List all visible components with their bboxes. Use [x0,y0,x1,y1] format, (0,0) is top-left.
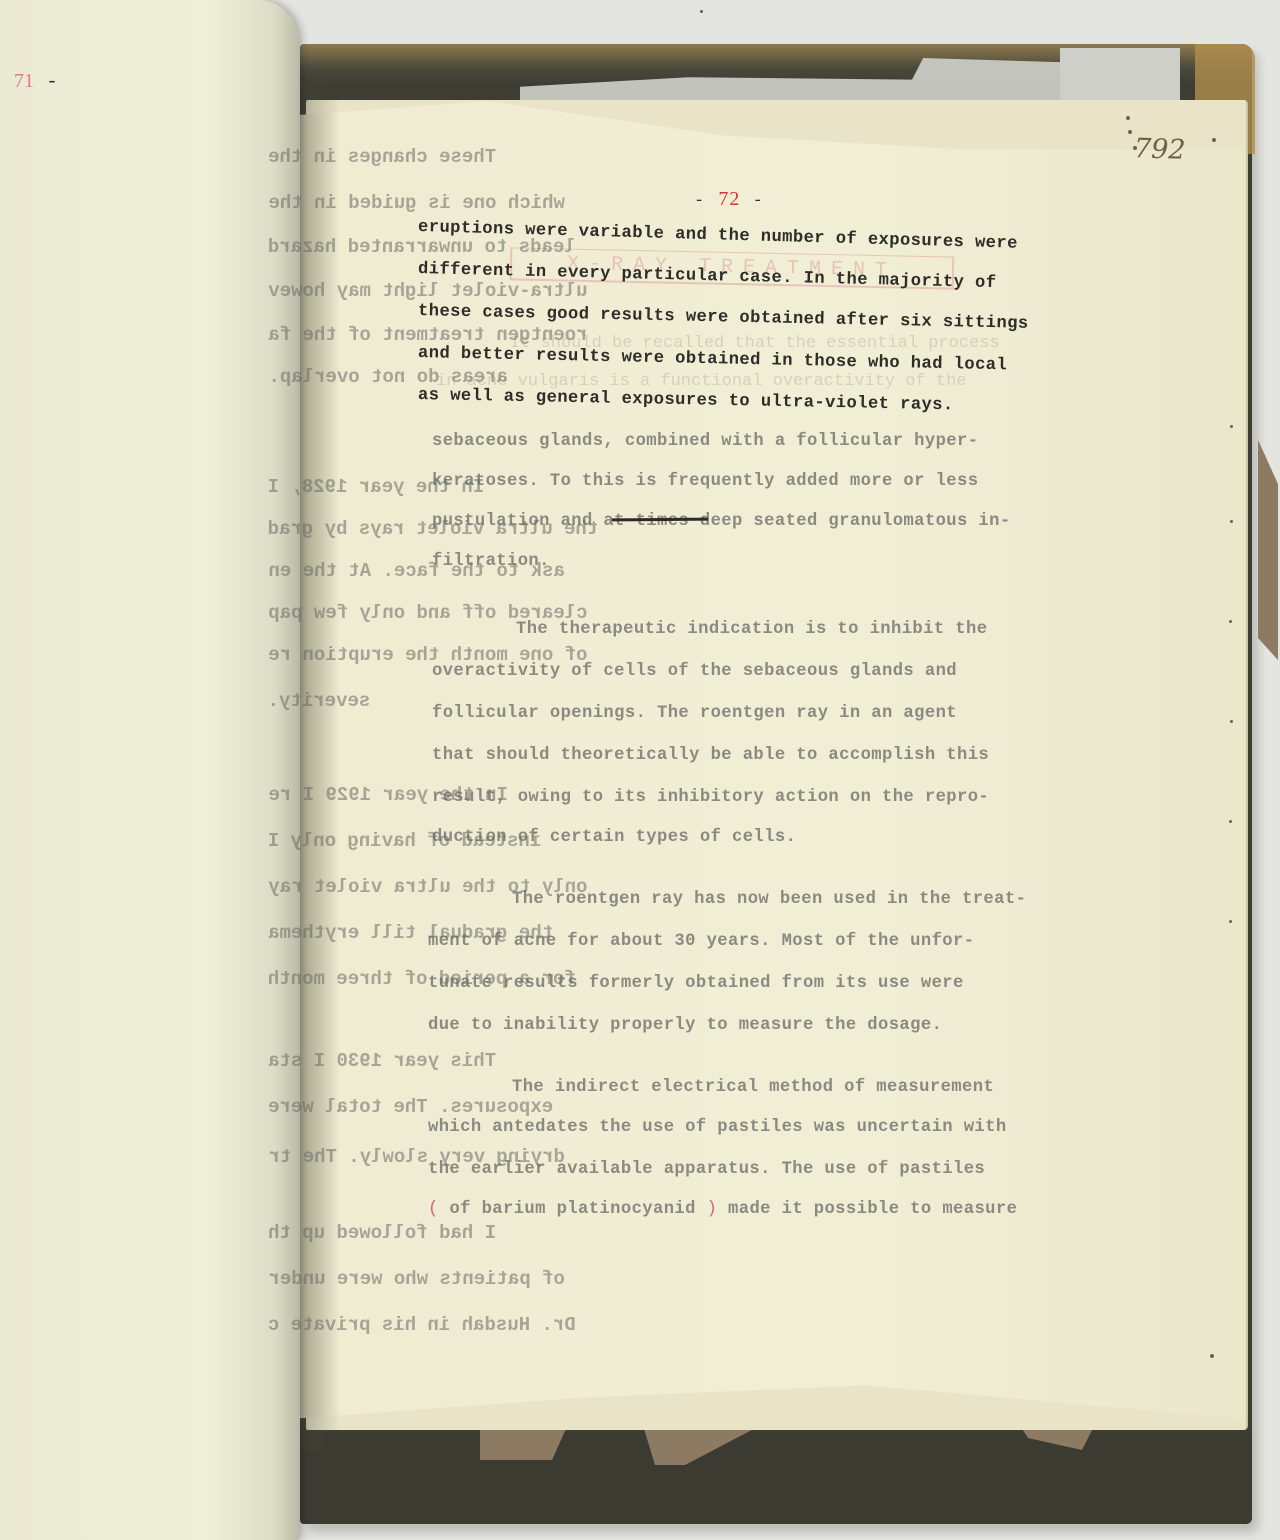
text-fragment: made it possible to measure [728,1200,1017,1219]
text-line-with-parentheses: ( of barium platinocyanid ) made it poss… [428,1200,1017,1219]
mirrored-text-line: severity. [268,690,371,712]
red-paren-close: ) [707,1200,718,1219]
cover-bottom-edge [300,1432,1252,1524]
mirrored-text-line: These changes in the [268,146,496,168]
punch-hole [1212,138,1216,142]
text-line: The roentgen ray has now been used in th… [512,890,1026,909]
page-number-value: 72 [718,188,740,210]
text-line: which antedates the use of pastiles was … [428,1118,1007,1137]
cover-tape [1060,48,1180,108]
left-page: 71 - These changes in the which one is g… [0,0,298,1540]
punch-hole [1128,130,1132,134]
red-paren-open: ( [428,1200,439,1219]
mirrored-text-line: for a period of three month [268,968,576,990]
mirrored-text-line: This year 1930 I sta [268,1050,496,1072]
mirrored-text-line: ask to the face. At the en [268,560,564,582]
mirrored-text-line: the ultra violet rays by grad [268,518,599,540]
torn-paper-fragment [1258,440,1278,660]
left-page-number: 71 - [14,70,58,94]
page-number-prefix: - [694,192,706,211]
text-line: result, owing to its inhibitory action o… [432,788,989,807]
page-number-suffix: - [753,192,765,211]
left-page-number-suffix: - [46,71,58,94]
mirrored-text-line: ultra-violet light may howev [268,280,587,302]
text-line: keratoses. To this is frequently added m… [432,472,978,491]
left-page-number-value: 71 [14,70,34,92]
punch-hole [1229,820,1232,823]
page-number: - 72 - [694,188,765,211]
punch-hole [1126,116,1130,120]
mirrored-text-line: I had followed up th [268,1222,496,1244]
mirrored-text-line: leads to unwarranted hazard [268,236,576,258]
mirrored-text-line: Dr. Husdah in his private c [268,1314,576,1336]
punch-hole [1229,620,1232,623]
mirrored-text-line: areas do not overlap. [268,366,507,388]
text-line: due to inability properly to measure the… [428,1016,942,1035]
punch-hole [1229,920,1232,923]
mirrored-text-line: In the year 1929 I re [268,784,507,806]
mirrored-text-line: drying very slowly. The tr [268,1146,564,1168]
mirrored-text-line: the gradual till erythema [268,922,553,944]
text-line: The indirect electrical method of measur… [512,1078,994,1097]
text-line: sebaceous glands, combined with a follic… [432,432,978,451]
folio-number: 792 [1133,133,1186,166]
text-line: follicular openings. The roentgen ray in… [432,704,957,723]
punch-hole [1230,425,1233,428]
text-line: that should theoretically be able to acc… [432,746,989,765]
mirrored-text-line: In the year 1928, I [268,476,485,498]
mirrored-text-line: of one month the eruption re [268,644,587,666]
mirrored-text-line: only to the ultra violet ray [268,876,587,898]
punch-hole [1230,720,1233,723]
text-fragment: of barium platinocyanid [449,1200,695,1219]
mirrored-text-line: of patients who were under [268,1268,564,1290]
background-speck [700,10,703,13]
mirrored-text-line: instead of having only I [268,830,542,852]
mirrored-text-line: exposures. The total were [268,1096,553,1118]
mirrored-text-line: which one is guided in the [268,192,564,214]
mirrored-text-line: cleared off and only few pap [268,602,587,624]
punch-hole [1230,520,1233,523]
punch-hole [1210,1354,1214,1358]
mirrored-text-line: roentgen treatment of the fa [268,324,587,346]
